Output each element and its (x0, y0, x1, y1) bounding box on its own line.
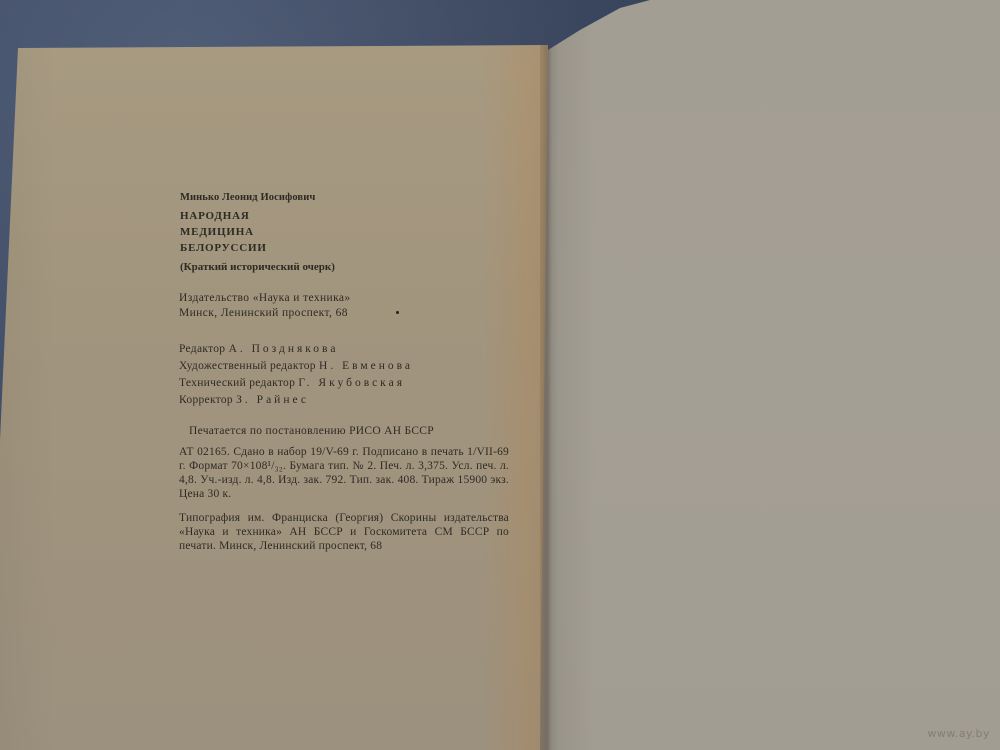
credits-list: Редактор А. Позднякова Художественный ре… (179, 341, 509, 409)
printer-info: Типография им. Франциска (Георгия) Скори… (179, 511, 509, 553)
credit-role: Художественный редактор (179, 360, 316, 372)
publisher-address: Минск, Ленинский проспект, 68 (179, 306, 509, 321)
book-title: НАРОДНАЯ МЕДИЦИНА БЕЛОРУССИИ (179, 208, 509, 256)
colophon: Минько Леонид Иосифович НАРОДНАЯ МЕДИЦИН… (179, 192, 509, 553)
watermark: www.ay.by (927, 727, 990, 740)
title-line: МЕДИЦИНА (180, 224, 509, 240)
credit-person: З. Райнес (236, 394, 309, 406)
credit-role: Корректор (179, 394, 233, 406)
credit-line: Редактор А. Позднякова (179, 341, 509, 358)
title-line: НАРОДНАЯ (180, 208, 509, 224)
credit-role: Технический редактор (179, 377, 295, 389)
title-line: БЕЛОРУССИИ (180, 240, 509, 256)
author-name: Минько Леонид Иосифович (180, 192, 509, 203)
credit-line: Художественный редактор Н. Евменова (179, 358, 509, 375)
paper-speck (396, 311, 399, 314)
book-gutter (540, 45, 552, 750)
approval-note: Печатается по постановлению РИСО АН БССР (189, 425, 509, 437)
credit-person: А. Позднякова (229, 343, 339, 355)
print-specs: АТ 02165. Сдано в набор 19/V-69 г. Подпи… (179, 445, 509, 501)
credit-line: Корректор З. Райнес (179, 392, 509, 409)
publisher-block: Издательство «Наука и техника» Минск, Ле… (179, 291, 509, 321)
credit-line: Технический редактор Г. Якубовская (179, 375, 509, 392)
credit-role: Редактор (179, 343, 225, 355)
right-page-blank (540, 0, 1000, 750)
book-subtitle: (Краткий исторический очерк) (180, 261, 509, 273)
publisher-name: Издательство «Наука и техника» (179, 291, 509, 306)
credit-person: Н. Евменова (319, 360, 413, 372)
credit-person: Г. Якубовская (298, 377, 405, 389)
